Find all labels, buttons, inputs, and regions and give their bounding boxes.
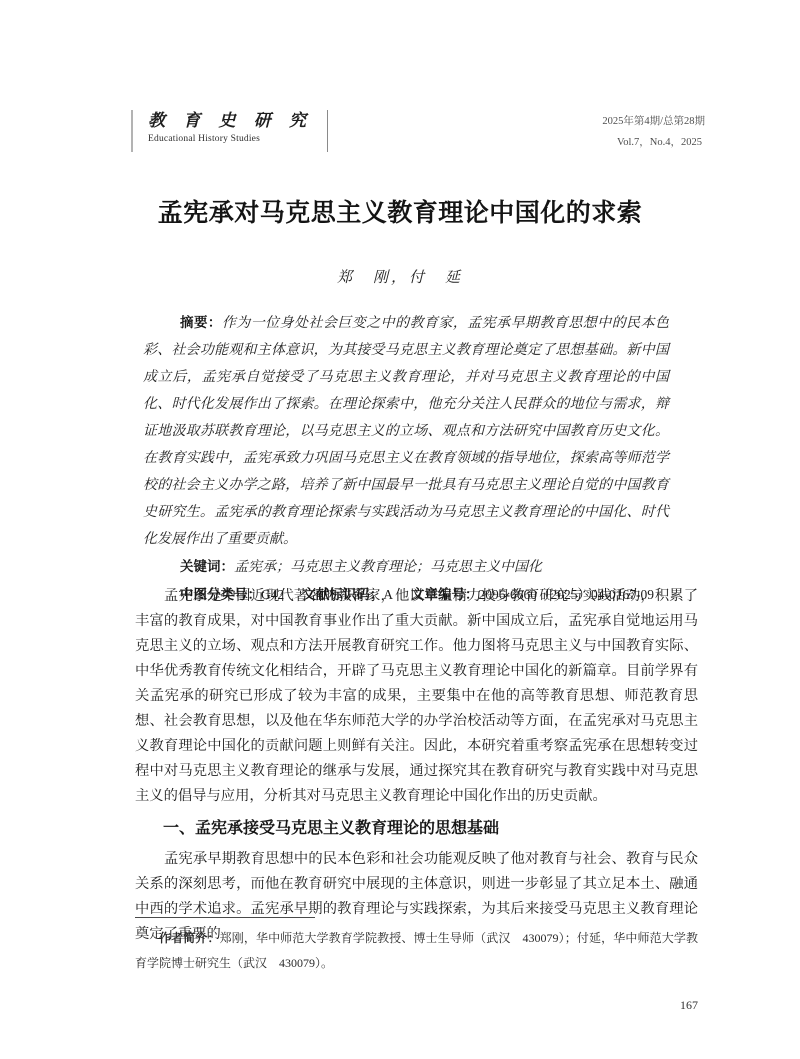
abstract-label: 摘要： xyxy=(180,315,222,330)
authors: 郑 刚，付 延 xyxy=(0,266,800,287)
keywords-label: 关键词： xyxy=(180,559,234,574)
keywords-text: 孟宪承；马克思主义教育理论；马克思主义中国化 xyxy=(234,560,542,575)
page-header: 教 育 史 研 究 Educational History Studies 20… xyxy=(131,110,705,153)
journal-page: 教 育 史 研 究 Educational History Studies 20… xyxy=(0,0,800,1059)
section-1-heading: 一、孟宪承接受马克思主义教育理论的思想基础 xyxy=(135,816,698,841)
page-number: 167 xyxy=(135,998,698,1013)
footnote-rule xyxy=(135,917,315,918)
issue-number: 2025年第4期/总第28期 xyxy=(602,111,705,132)
body-paragraph-1: 孟宪承是中国近现代著名的教育家，他以毕生精力投身教育研究与实践活动，积累了丰富的… xyxy=(135,584,698,809)
volume-number: Vol.7，No.4，2025 xyxy=(602,132,705,153)
article-title: 孟宪承对马克思主义教育理论中国化的求索 xyxy=(0,193,800,229)
author-bio-text: 郑刚，华中师范大学教育学院教授、博士生导师（武汉 430079）；付延，华中师范… xyxy=(135,931,698,970)
journal-name-en: Educational History Studies xyxy=(148,134,313,144)
journal-name-cn: 教 育 史 研 究 xyxy=(148,110,313,131)
journal-issue-info: 2025年第4期/总第28期 Vol.7，No.4，2025 xyxy=(602,110,705,153)
abstract-text: 作为一位身处社会巨变之中的教育家，孟宪承早期教育思想中的民本色彩、社会功能观和主… xyxy=(143,316,669,547)
logo-right-rule xyxy=(327,110,328,152)
logo-text-group: 教 育 史 研 究 Educational History Studies xyxy=(148,110,313,152)
author-bio-label: 作者简介： xyxy=(159,931,220,945)
author-bio: 作者简介：郑刚，华中师范大学教育学院教授、博士生导师（武汉 430079）；付延… xyxy=(135,926,698,976)
logo-left-rule xyxy=(131,110,133,152)
keywords: 关键词：孟宪承；马克思主义教育理论；马克思主义中国化 xyxy=(143,553,669,581)
journal-logo: 教 育 史 研 究 Educational History Studies xyxy=(131,110,328,152)
footnote-area: 作者简介：郑刚，华中师范大学教育学院教授、博士生导师（武汉 430079）；付延… xyxy=(135,917,698,976)
article-body: 孟宪承是中国近现代著名的教育家，他以毕生精力投身教育研究与实践活动，积累了丰富的… xyxy=(135,584,698,947)
abstract: 摘要：作为一位身处社会巨变之中的教育家，孟宪承早期教育思想中的民本色彩、社会功能… xyxy=(143,309,669,553)
front-matter: 摘要：作为一位身处社会巨变之中的教育家，孟宪承早期教育思想中的民本色彩、社会功能… xyxy=(143,309,669,608)
